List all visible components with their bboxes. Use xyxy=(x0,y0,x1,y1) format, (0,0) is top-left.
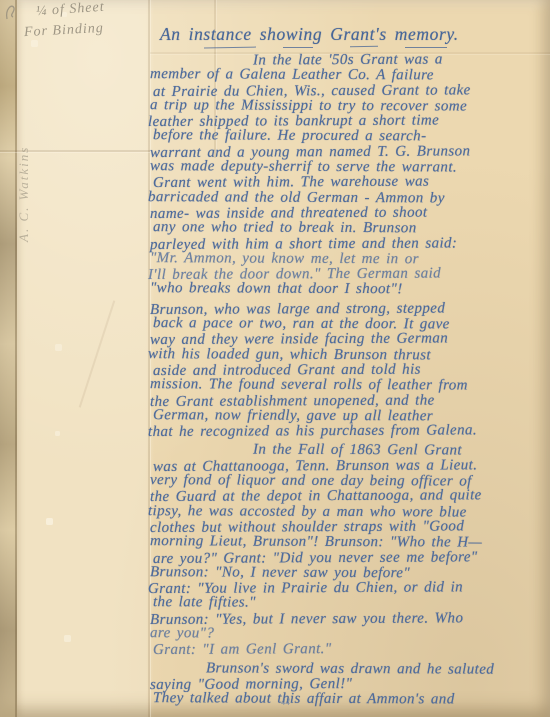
manuscript-line: the late fifties." xyxy=(153,596,546,613)
manuscript-line: mission. The found several rolls of leat… xyxy=(150,377,546,394)
handwriting-block: In the late '50s Grant was a member of a… xyxy=(150,53,546,707)
title-underline-stroke xyxy=(350,46,378,48)
pencil-note-sheet: ¼ of Sheet xyxy=(36,0,106,20)
manuscript-line: They talked about this affair at Ammon's… xyxy=(153,691,546,708)
torn-edge-line xyxy=(15,0,17,717)
pencil-note-owner: A. C. Watkins xyxy=(16,146,32,242)
title-underline-stroke xyxy=(204,47,256,49)
manuscript-title: An instance showing Grant's memory. xyxy=(160,24,459,45)
manuscript-line: any one who tried to break in. Brunson xyxy=(153,220,546,237)
manuscript-line: that he recognized as his purchases from… xyxy=(148,423,546,440)
pencil-note-binding: For Binding xyxy=(24,21,105,41)
pencil-scribble-mark xyxy=(2,1,28,23)
manuscript-page: ¼ of Sheet For Binding A. C. Watkins An … xyxy=(0,0,550,717)
diagonal-crease xyxy=(79,300,116,407)
manuscript-line: Grant: "I am Genl Grant." xyxy=(153,641,546,658)
manuscript-line: "who breaks down that door I shoot"! xyxy=(150,282,546,299)
manuscript-line: morning Lieut, Brunson"! Brunson: "Who t… xyxy=(150,534,546,551)
paper-chips xyxy=(0,0,1,1)
title-underline-stroke xyxy=(405,47,447,48)
pencil-note-number: 44 xyxy=(281,697,290,707)
title-underline-stroke xyxy=(283,47,313,48)
manuscript-line: member of a Galena Leather Co. A failure xyxy=(150,67,546,84)
